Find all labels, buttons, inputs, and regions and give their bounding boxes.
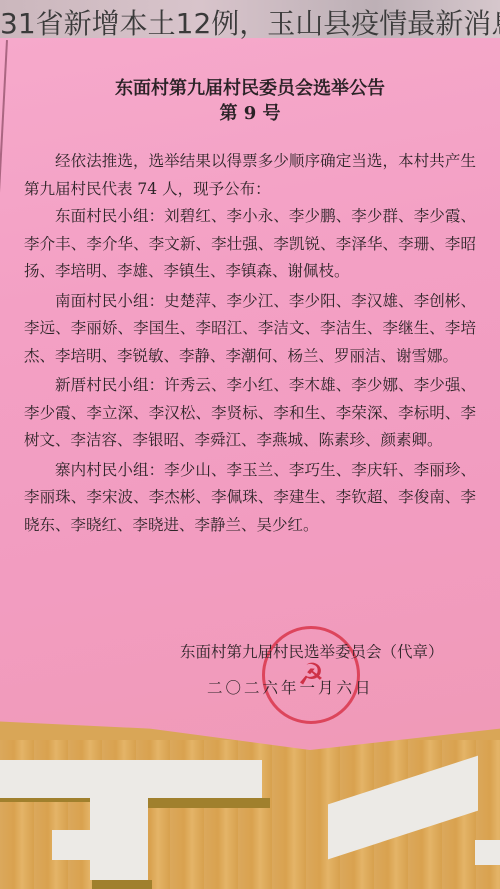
group-nanmian: 南面村民小组：史楚萍、李少江、李少阳、李汉雄、李创彬、李远、李丽娇、李国生、李昭… — [24, 288, 476, 371]
wall-lettering — [475, 840, 500, 865]
wall-lettering — [52, 830, 102, 860]
notice-number: 第 9 号 — [0, 99, 500, 125]
group-label: 东面村民小组： — [55, 207, 164, 225]
group-label: 寨内村民小组： — [55, 461, 164, 479]
group-xincuo: 新厝村民小组：许秀云、李小红、李木雄、李少娜、李少强、李少霞、李立深、李汉松、李… — [24, 372, 476, 455]
wall-lettering — [328, 756, 478, 860]
group-dongmian: 东面村民小组：刘碧红、李小永、李少鹏、李少群、李少霞、李介丰、李介华、李文新、李… — [24, 203, 476, 286]
headline-caption: 31省新增本土12例，玉山县疫情最新消息 — [0, 2, 500, 42]
group-label: 南面村民小组： — [55, 292, 164, 310]
background-wall-bottom — [0, 740, 500, 889]
notice-intro: 经依法推选，选举结果以得票多少顺序确定当选，本村共产生第九届村民代表 74 人，… — [24, 148, 476, 203]
wall-lettering-shadow — [145, 798, 270, 808]
signature-line: 东面村第九届村民选举委员会（代章） — [180, 640, 444, 662]
group-zhainei: 寨内村民小组：李少山、李玉兰、李巧生、李庆轩、李丽珍、李丽珠、李宋波、李杰彬、李… — [24, 457, 476, 540]
wall-lettering-shadow — [92, 880, 152, 889]
notice-date: 二〇二六年一月六日 — [207, 676, 374, 698]
group-label: 新厝村民小组： — [55, 376, 164, 394]
notice-title: 东面村第九届村民委员会选举公告 — [0, 74, 500, 100]
notice-body: 经依法推选，选举结果以得票多少顺序确定当选，本村共产生第九届村民代表 74 人，… — [24, 148, 476, 539]
